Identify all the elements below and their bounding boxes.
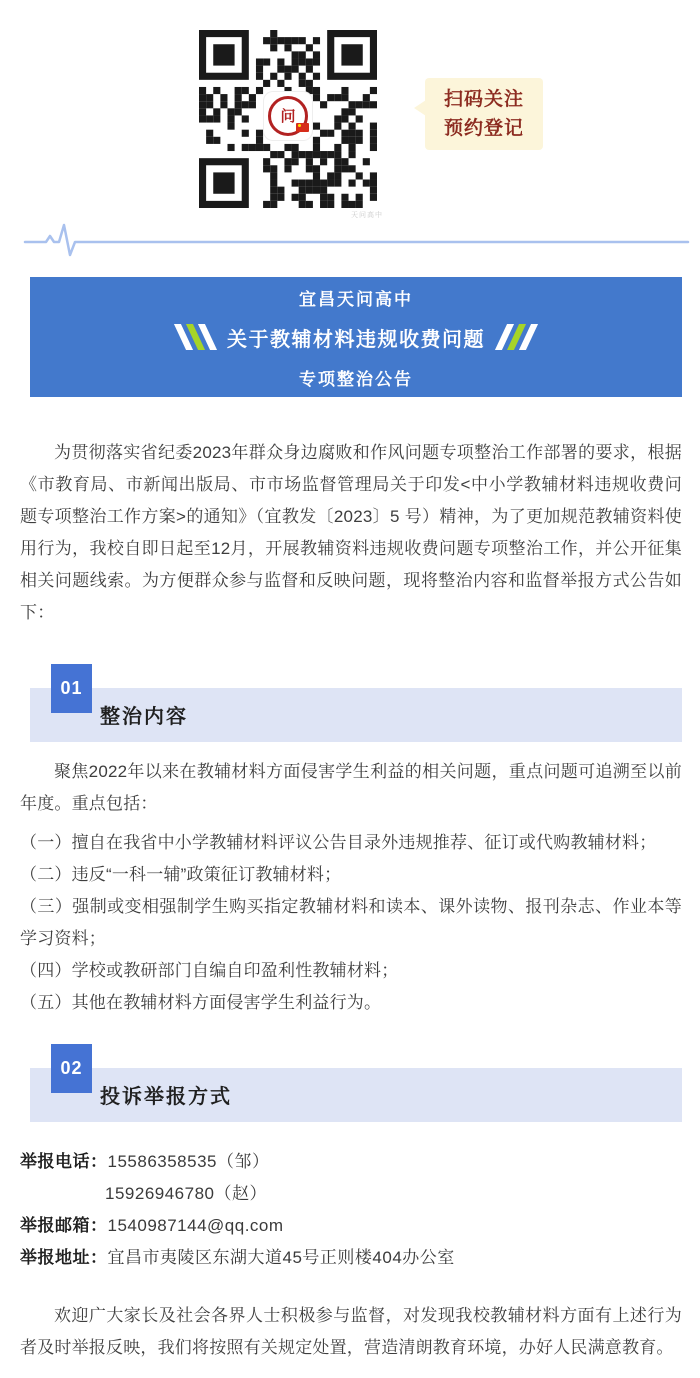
banner-main-title-text: 关于教辅材料违规收费问题 [227,323,485,352]
qr-code: 问 天问高中 [199,30,377,208]
slash-decoration-right [501,324,532,350]
intro-paragraph: 为贯彻落实省纪委2023年群众身边腐败和作风问题专项整治工作部署的要求，根据《市… [20,437,682,629]
report-phone-row-2: 15926946780（赵） [20,1178,682,1210]
section-2-title: 投诉举报方式 [100,1068,232,1122]
section-1-header: 01 整治内容 [30,688,682,742]
report-address-label: 举报地址： [20,1248,108,1267]
report-email-row: 举报邮箱：1540987144@qq.com [20,1210,682,1242]
announcement-page: 问 天问高中 扫码关注 预约登记 宜昌天问高中 关于教辅材料违规收费问题 [0,0,700,1378]
section-1-title: 整治内容 [100,688,188,742]
scan-tip-bubble: 扫码关注 预约登记 [425,78,543,150]
list-item: （三）强制或变相强制学生购买指定教辅材料和读本、课外读物、报刊杂志、作业本等学习… [20,891,682,955]
section-2-number-badge: 02 [51,1044,92,1093]
title-banner: 宜昌天问高中 关于教辅材料违规收费问题 专项整治公告 [30,277,682,397]
qr-watermark: 天问高中 [351,210,383,220]
banner-school-name: 宜昌天问高中 [299,285,413,310]
report-address-row: 举报地址：宜昌市夷陵区东湖大道45号正则楼404办公室 [20,1242,682,1274]
report-phone-label: 举报电话： [20,1152,108,1171]
bubble-tail [414,100,426,116]
outro-paragraph: 欢迎广大家长及社会各界人士积极参与监督，对发现我校教辅材料方面有上述行为者及时举… [20,1300,682,1364]
bubble-line-1: 扫码关注 [435,85,533,114]
list-item: （四）学校或教研部门自编自印盈利性教辅材料； [20,955,682,987]
report-email: 1540987144@qq.com [108,1216,284,1235]
report-address: 宜昌市夷陵区东湖大道45号正则楼404办公室 [108,1248,455,1267]
flag-icon [296,123,309,132]
bubble-line-2: 预约登记 [435,114,533,143]
report-email-label: 举报邮箱： [20,1216,108,1235]
heartbeat-divider [0,222,700,258]
section-1-number-badge: 01 [51,664,92,713]
list-item: （一）擅自在我省中小学教辅材料评议公告目录外违规推荐、征订或代购教辅材料； [20,827,682,859]
list-item: （五）其他在教辅材料方面侵害学生利益行为。 [20,987,682,1019]
banner-subtitle: 专项整治公告 [299,365,413,390]
slash-decoration-left [180,324,211,350]
list-item: （二）违反“一科一辅”政策征订教辅材料； [20,859,682,891]
section-2-header: 02 投诉举报方式 [30,1068,682,1122]
section-1-lead: 聚焦2022年以来在教辅材料方面侵害学生利益的相关问题，重点问题可追溯至以前年度… [20,756,682,820]
school-logo: 问 [264,92,312,140]
report-phone-row: 举报电话：15586358535（邹） [20,1146,682,1178]
report-phone-1: 15586358535（邹） [108,1152,270,1171]
section-1-items: （一）擅自在我省中小学教辅材料评议公告目录外违规推荐、征订或代购教辅材料； （二… [20,827,682,1019]
contact-info: 举报电话：15586358535（邹） 15926946780（赵） 举报邮箱：… [20,1146,682,1274]
banner-main-title: 关于教辅材料违规收费问题 [180,323,532,352]
header-area: 问 天问高中 扫码关注 预约登记 [0,0,700,277]
report-phone-2: 15926946780（赵） [105,1184,267,1203]
